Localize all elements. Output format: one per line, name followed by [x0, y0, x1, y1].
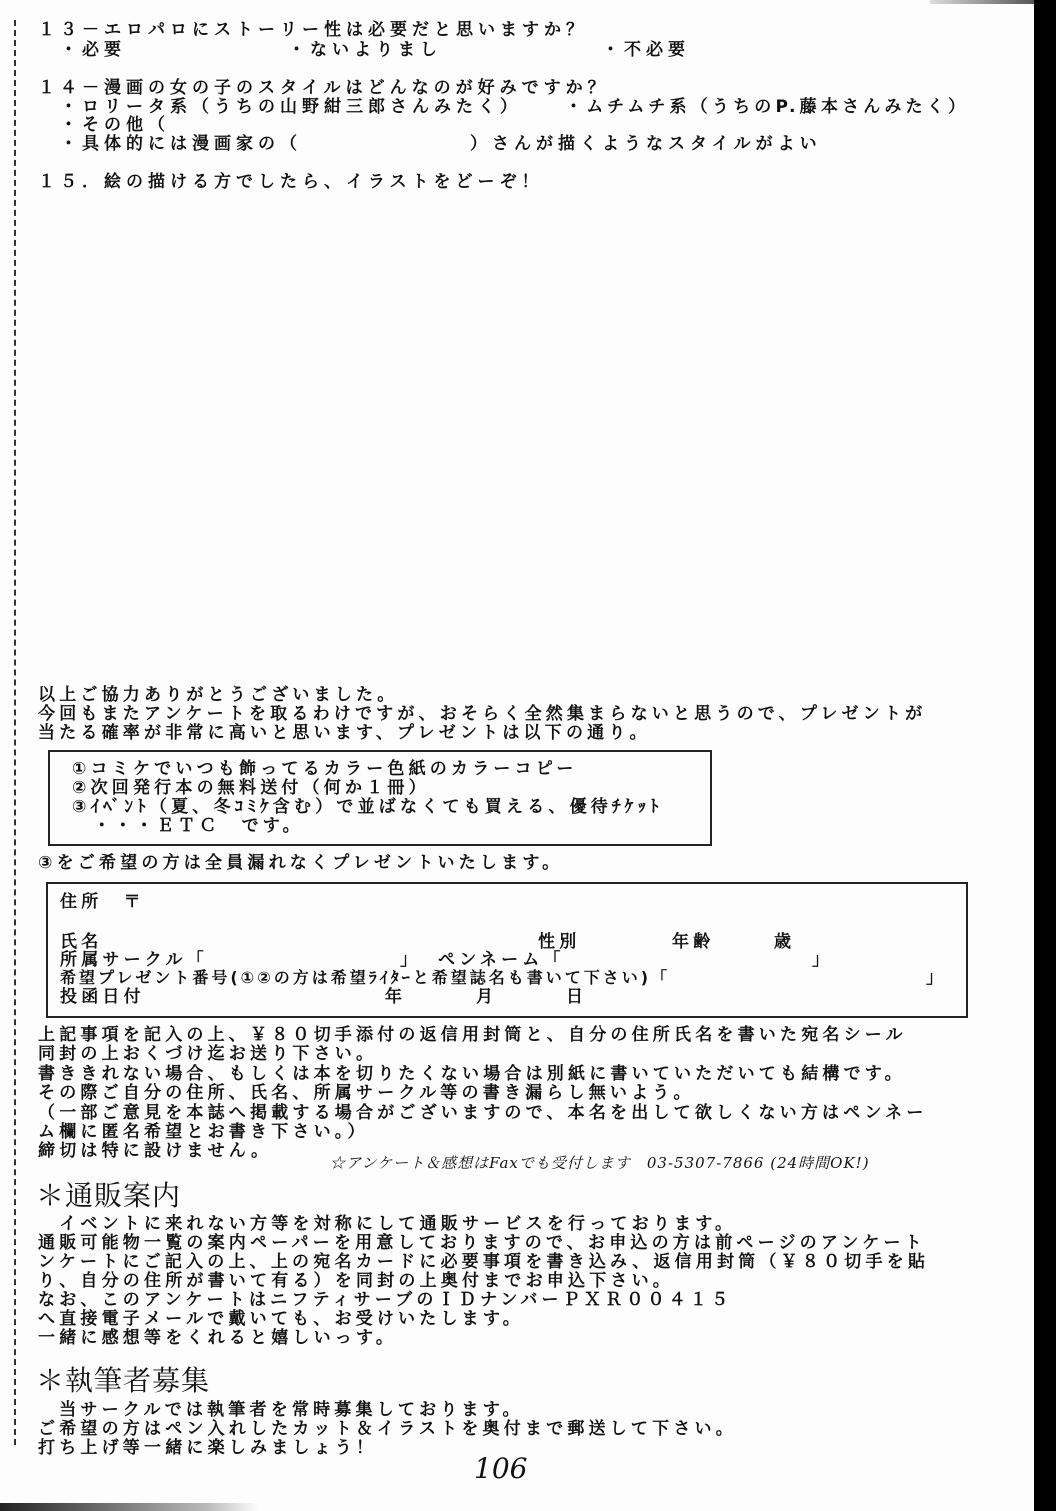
form-penname-field[interactable]: [585, 948, 805, 968]
q14-option-specific-post: ）さんが描くようなスタイルがよい: [470, 134, 822, 154]
writers-wanted-heading: ＊執筆者募集: [36, 1365, 210, 1397]
form-gender-label: 性別: [538, 932, 580, 952]
scan-shadow-top: [930, 0, 1034, 4]
form-name-label: 氏名: [60, 932, 102, 952]
form-penname-label: ペンネーム「: [438, 950, 565, 970]
q14-option-other[interactable]: ・その他（: [60, 115, 170, 135]
instruction-line-5: （一部ご意見を本誌へ掲載する場合がございますので、本名を出して欲しくない方はペン…: [38, 1103, 928, 1123]
form-present-number-label: 希望プレゼント番号(①②の方は希望ﾗｲﾀｰと希望誌名も書いて下さい)「: [60, 968, 670, 988]
present-item-2: ②次回発行本の無料送付（何か１冊）: [72, 778, 430, 798]
form-date-month: 月: [476, 987, 497, 1007]
q14-option-specific-pre: ・具体的には漫画家の（: [60, 134, 302, 154]
form-date-label: 投函日付: [60, 987, 145, 1007]
q13-option-unnecessary[interactable]: ・不必要: [602, 40, 690, 60]
instruction-line-4: その際ご自分の住所、氏名、所属サークル等の書き漏らし無いよう。: [38, 1083, 695, 1103]
form-age-field[interactable]: [720, 930, 770, 950]
mail-order-line-2: 通販可能物一覧の案内ペーパーを用意しておりますので、お申込の方は前ページのアンケ…: [38, 1233, 926, 1253]
form-address-field[interactable]: [140, 890, 940, 930]
instruction-line-2: 同封の上おくづけ迄お送り下さい。: [38, 1044, 377, 1064]
form-circle-field[interactable]: [215, 948, 395, 968]
scan-edge-strip: [1034, 0, 1056, 1511]
present-note: ③をご希望の方は全員漏れなくプレゼントいたします。: [38, 853, 563, 873]
mail-order-line-6: へ直接電子メールで戴いても、お受けいたします。: [38, 1309, 524, 1329]
mail-order-line-3: ンケートにご記入の上、上の宛名カードに必要事項を書き込み、返信用封筒（￥８０切手…: [38, 1252, 929, 1272]
mail-order-line-1: イベントに来れない方等を対称にして通販サービスを行っております。: [38, 1214, 736, 1234]
question-14-title: １４－漫画の女の子のスタイルはどんなのが好みですか？: [38, 78, 610, 98]
form-circle-close: 」: [400, 950, 421, 970]
mail-order-line-4: り、自分の住所が書いて有る）を同封の上奥付までお申込下さい。: [38, 1271, 674, 1291]
writers-wanted-line-3: 打ち上げ等一緒に楽しみましょう！: [38, 1438, 377, 1458]
scan-shadow-bottom: [0, 1503, 260, 1511]
q14-option-lolita[interactable]: ・ロリータ系（うちの山野紺三郎さんみたく）: [60, 97, 522, 117]
q14-option-muchimuchi[interactable]: ・ムチムチ系（うちのP.藤本さんみたく）: [565, 97, 969, 117]
cut-line: [14, 20, 16, 1445]
present-item-etc: ・・・ＥＴＣ です。: [72, 816, 304, 836]
writers-wanted-line-1: 当サークルでは執筆者を常時募集しております。: [38, 1400, 524, 1420]
instruction-line-1: 上記事項を記入の上、￥８０切手添付の返信用封筒と、自分の住所氏名を書いた宛名シー…: [38, 1025, 907, 1045]
q13-option-better-than-none[interactable]: ・ないよりまし: [288, 40, 442, 60]
instruction-line-3: 書ききれない場合、もしくは本を切りたくない場合は別紙に書いていただいても結構です…: [38, 1064, 906, 1084]
illustration-area[interactable]: [40, 200, 1000, 670]
mail-order-heading: ＊通販案内: [36, 1180, 181, 1212]
question-13-title: １３－エロパロにストーリー性は必要だと思いますか？: [38, 20, 588, 40]
form-address-label: 住所 〒: [60, 892, 145, 912]
mail-order-line-7: 一緒に感想等をくれると嬉しいっす。: [38, 1328, 397, 1348]
page-number: 106: [474, 1452, 527, 1485]
thanks-line-3: 当たる確率が非常に高いと思います、プレゼントは以下の通り。: [38, 723, 651, 743]
form-date-year: 年: [385, 987, 406, 1007]
form-circle-label: 所属サークル「: [60, 950, 208, 970]
writers-wanted-line-2: ご希望の方はペン入れしたカット＆イラストを奥付まで郵送して下さい。: [38, 1419, 737, 1439]
mail-order-line-5: なお、このアンケートはニフティサーブのＩＤナンバーＰＸＲ００４１５: [38, 1290, 732, 1310]
form-gender-field[interactable]: [585, 930, 665, 950]
form-present-number-close: 」: [926, 968, 947, 988]
form-date-day: 日: [566, 987, 587, 1007]
form-name-field[interactable]: [110, 930, 530, 950]
present-item-3: ③ｲﾍﾞﾝﾄ（夏、冬ｺﾐｹ含む）で並ばなくても買える、優待ﾁｹｯﾄ: [72, 797, 663, 817]
form-present-number-field[interactable]: [810, 966, 920, 986]
instruction-line-7: 締切は特に設けません。: [38, 1141, 272, 1161]
handwritten-fax-note: ☆アンケート＆感想はFaxでも受付します 03-5307-7866 (24時間O…: [330, 1152, 870, 1173]
present-item-1: ①コミケでいつも飾ってるカラー色紙のカラーコピー: [72, 759, 578, 779]
thanks-line-1: 以上ご協力ありがとうございました。: [38, 685, 398, 705]
question-15-title: １５．絵の描ける方でしたら、イラストをどーぞ！: [38, 172, 544, 192]
instruction-line-6: ム欄に匿名希望とお書き下さい。）: [38, 1122, 369, 1142]
thanks-line-2: 今回もまたアンケートを取るわけですが、おそらく全然集まらないと思うので、プレゼン…: [38, 704, 926, 724]
q13-option-necessary[interactable]: ・必要: [60, 40, 126, 60]
